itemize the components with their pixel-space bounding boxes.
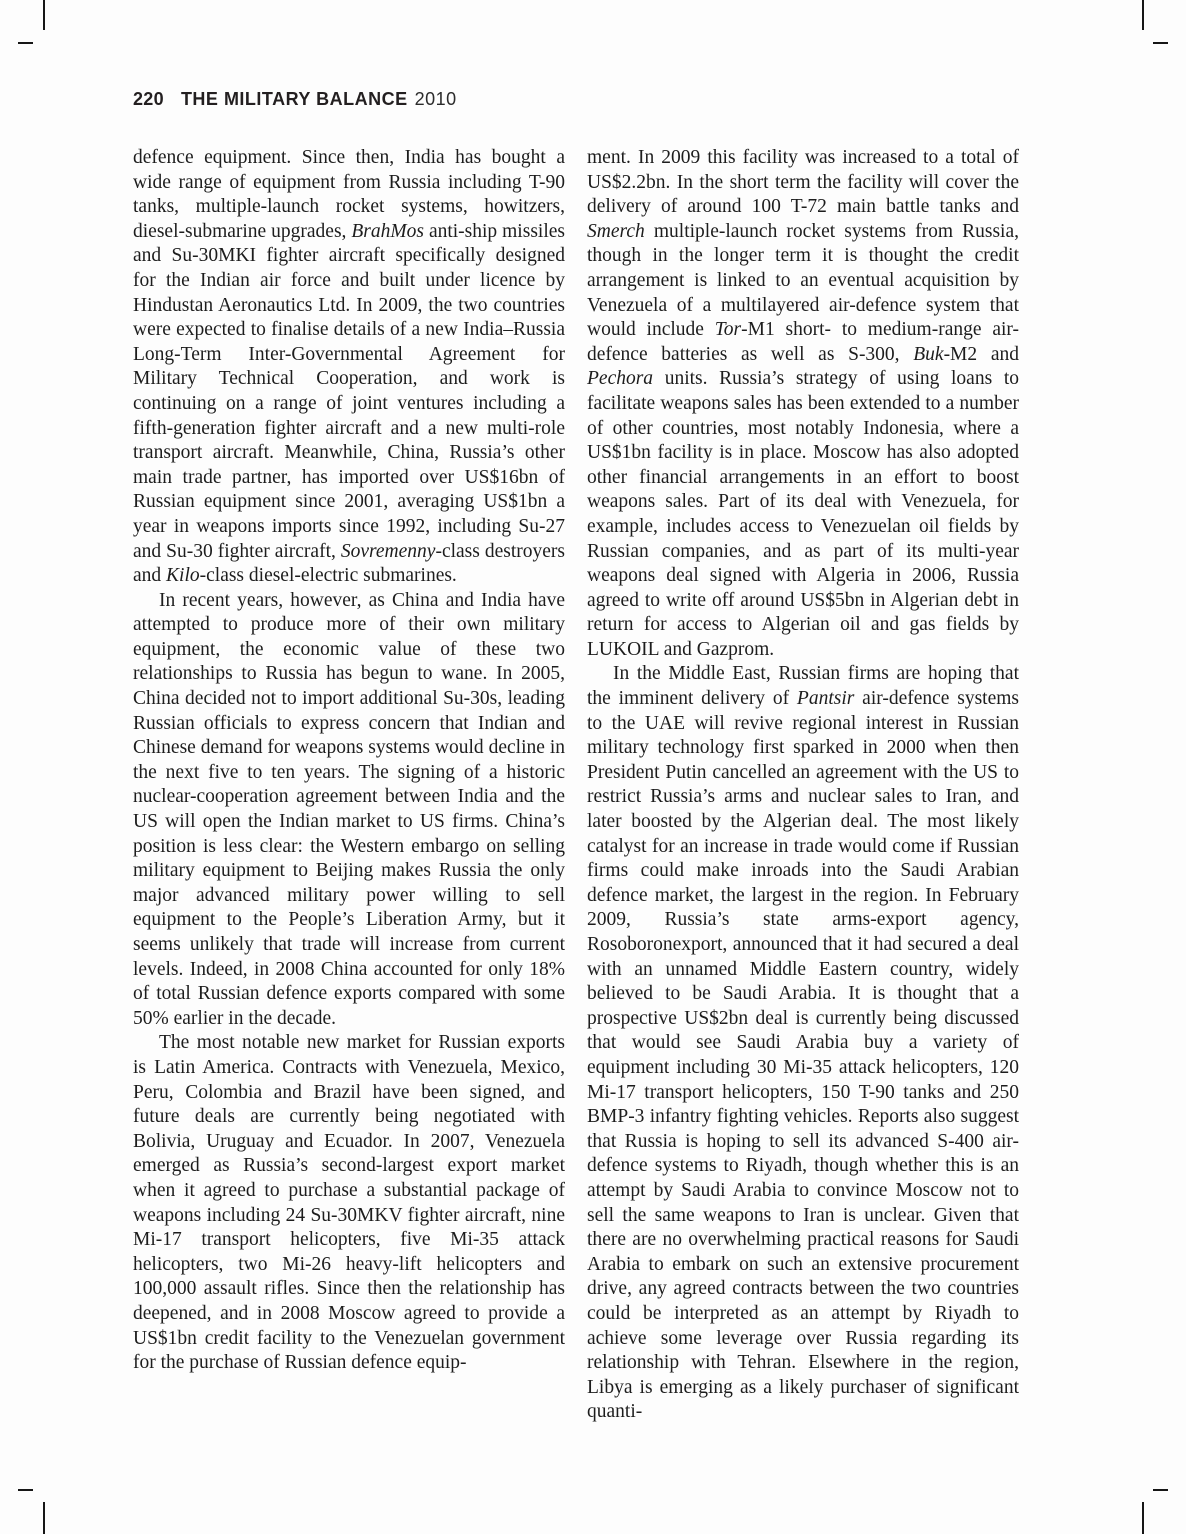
italic-text-run: Sovremenny <box>341 541 436 562</box>
edition-year: 2010 <box>415 89 457 110</box>
crop-mark-top-right-vertical <box>1142 0 1144 30</box>
book-title: THE MILITARY BALANCE <box>181 89 408 110</box>
italic-text-run: BrahMos <box>351 221 424 242</box>
crop-mark-top-left-vertical <box>43 0 45 30</box>
italic-text-run: Kilo <box>166 565 200 586</box>
text-run: anti-ship missiles and Su-30MKI fighter … <box>133 221 565 562</box>
text-run: -M2 and <box>944 344 1019 365</box>
italic-text-run: Tor <box>715 319 741 340</box>
italic-text-run: Pantsir <box>797 688 854 709</box>
italic-text-run: Smerch <box>587 221 645 242</box>
text-run: -class diesel-electric submarines. <box>200 565 457 586</box>
page-header: 220 THE MILITARY BALANCE 2010 <box>133 89 457 110</box>
book-page: 220 THE MILITARY BALANCE 2010 defence eq… <box>0 0 1186 1534</box>
crop-mark-bottom-left-horizontal <box>18 1489 33 1491</box>
crop-mark-top-right-horizontal <box>1153 42 1168 44</box>
crop-mark-bottom-left-vertical <box>43 1502 45 1534</box>
text-run: The most notable new market for Russian … <box>133 1032 565 1373</box>
italic-text-run: Buk <box>913 344 943 365</box>
crop-mark-bottom-right-vertical <box>1142 1502 1144 1534</box>
paragraph: In recent years, however, as China and I… <box>133 589 565 1032</box>
paragraph: The most notable new market for Russian … <box>133 1031 565 1375</box>
text-run: air-defence systems to the UAE will revi… <box>587 688 1019 1422</box>
text-column-right: ment. In 2009 this facility was increase… <box>587 146 1019 1425</box>
text-run: units. Russia’s strategy of using loans … <box>587 368 1019 660</box>
paragraph: ment. In 2009 this facility was increase… <box>587 146 1019 662</box>
paragraph: In the Middle East, Russian firms are ho… <box>587 662 1019 1424</box>
crop-mark-top-left-horizontal <box>18 42 33 44</box>
text-run: In recent years, however, as China and I… <box>133 590 565 1029</box>
page-number: 220 <box>133 89 164 110</box>
crop-mark-bottom-right-horizontal <box>1153 1489 1168 1491</box>
paragraph: defence equipment. Since then, India has… <box>133 146 565 589</box>
text-column-left: defence equipment. Since then, India has… <box>133 146 565 1376</box>
italic-text-run: Pechora <box>587 368 653 389</box>
text-run: ment. In 2009 this facility was increase… <box>587 147 1019 217</box>
